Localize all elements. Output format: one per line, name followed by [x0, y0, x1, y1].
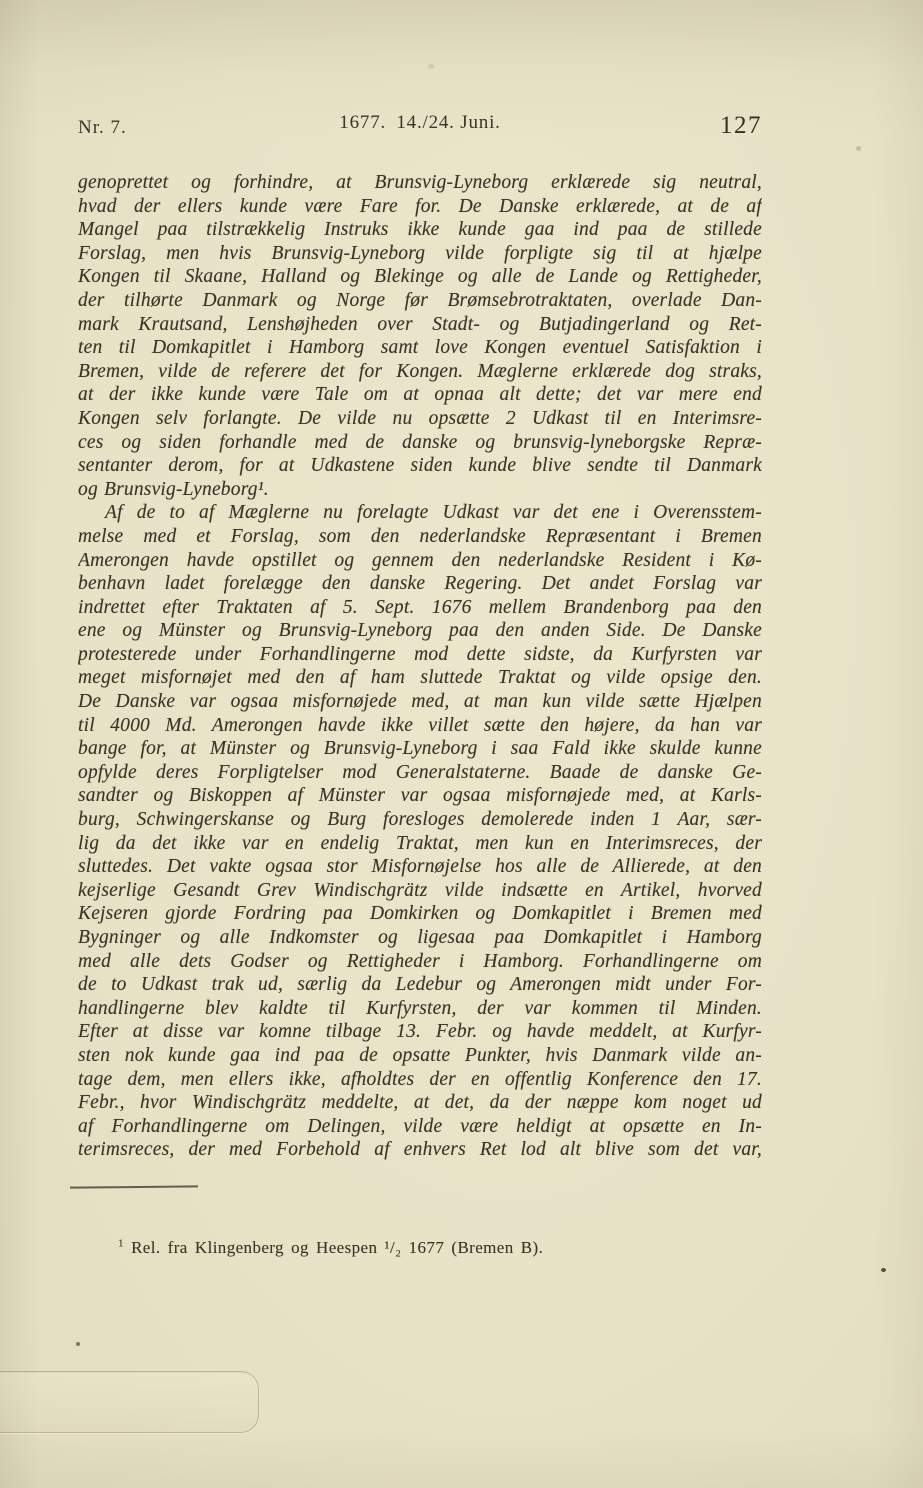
text-line: melse med et Forslag, som den nederlands…	[78, 525, 762, 549]
text-line: sluttedes. Det vakte ogsaa stor Misfornø…	[78, 855, 762, 879]
text-line: lig da det ikke var en endelig Traktat, …	[78, 832, 762, 856]
text-line: burg, Schwingerskanse og Burg foresloges…	[78, 808, 762, 832]
text-line: med alle dets Godser og Rettigheder i Ha…	[78, 950, 762, 974]
text-line: Kongen selv forlangte. De vilde nu opsæt…	[78, 407, 762, 431]
text-line: hvad der ellers kunde være Fare for. De …	[78, 195, 762, 219]
text-line: De Danske var ogsaa misfornøjede med, at…	[78, 690, 762, 714]
text-line: Af de to af Mæglerne nu forelagte Udkast…	[78, 501, 762, 525]
text-line: ene og Münster og Brunsvig-Lyneborg paa …	[78, 619, 762, 643]
text-line: ces og siden forhandle med de danske og …	[78, 431, 762, 455]
text-line: ten til Domkapitlet i Hamborg samt love …	[78, 336, 762, 360]
text-line: Febr., hvor Windischgrätz meddelte, at d…	[78, 1091, 762, 1115]
text-line: sandter og Biskoppen af Münster var ogsa…	[78, 784, 762, 808]
running-head: Nr. 7. 1677. 14./24. Juni. 127	[78, 112, 762, 140]
text-line: sentanter derom, for at Udkastene siden …	[78, 454, 762, 478]
text-line: Kongen til Skaane, Halland og Blekinge o…	[78, 265, 762, 289]
text-line: Bygninger og alle Indkomster og ligesaa …	[78, 926, 762, 950]
text-line: genoprettet og forhindre, at Brunsvig-Ly…	[78, 171, 762, 195]
footnote: 1 Rel. fra Klingenberg og Heespen ¹/₂ 16…	[78, 1238, 762, 1258]
paper-speck	[856, 146, 861, 151]
paper-speck	[881, 1268, 886, 1272]
text-line: benhavn ladet forelægge den danske Reger…	[78, 572, 762, 596]
text-line: de to Udkast trak ud, særlig da Ledebur …	[78, 973, 762, 997]
footnote-marker: 1	[118, 1237, 124, 1249]
book-page-scan: Nr. 7. 1677. 14./24. Juni. 127 genoprett…	[0, 0, 923, 1488]
text-line: af Forhandlingerne om Delingen, vilde væ…	[78, 1115, 762, 1139]
text-line: Efter at disse var komne tilbage 13. Feb…	[78, 1020, 762, 1044]
text-line: tage dem, men ellers ikke, afholdtes der…	[78, 1068, 762, 1092]
text-line: opfylde deres Forpligtelser mod Generals…	[78, 761, 762, 785]
text-line: og Brunsvig-Lyneborg¹.	[78, 478, 762, 502]
text-line: til 4000 Md. Amerongen havde ikke villet…	[78, 714, 762, 738]
text-line: at der ikke kunde være Tale om at opnaa …	[78, 383, 762, 407]
text-line: sten nok kunde gaa ind paa de opsatte Pu…	[78, 1044, 762, 1068]
text-line: bange for, at Münster og Brunsvig-Lynebo…	[78, 737, 762, 761]
text-line: Bremen, vilde de referere det for Kongen…	[78, 360, 762, 384]
text-line: indrettet efter Traktaten af 5. Sept. 16…	[78, 596, 762, 620]
text-line: Forslag, men hvis Brunsvig-Lyneborg vild…	[78, 242, 762, 266]
text-line: kejserlige Gesandt Grev Windischgrätz vi…	[78, 879, 762, 903]
text-line: meget misfornøjet med den af ham slutted…	[78, 666, 762, 690]
paper-speck	[76, 1342, 80, 1346]
text-line: Mangel paa tilstrækkelig Instruks ikke k…	[78, 218, 762, 242]
text-line: terimsreces, der med Forbehold af enhver…	[78, 1138, 762, 1162]
footnote-text: Rel. fra Klingenberg og Heespen ¹/₂ 1677…	[131, 1238, 543, 1257]
body-text: genoprettet og forhindre, at Brunsvig-Ly…	[78, 171, 762, 1162]
text-line: der tilhørte Danmark og Norge før Brømse…	[78, 289, 762, 313]
text-line: handlingerne blev kaldte til Kurfyrsten,…	[78, 997, 762, 1021]
paper-emboss-mark	[0, 1371, 259, 1433]
text-line: protesterede under Forhandlingerne mod d…	[78, 643, 762, 667]
text-line: mark Krautsand, Lenshøjheden over Stadt-…	[78, 313, 762, 337]
paper-speck	[428, 64, 434, 69]
text-line: Amerongen havde opstillet og gennem den …	[78, 549, 762, 573]
text-line: Kejseren gjorde Fordring paa Domkirken o…	[78, 902, 762, 926]
running-head-date: 1677. 14./24. Juni.	[78, 112, 762, 134]
footnote-separator-rule	[70, 1185, 198, 1188]
